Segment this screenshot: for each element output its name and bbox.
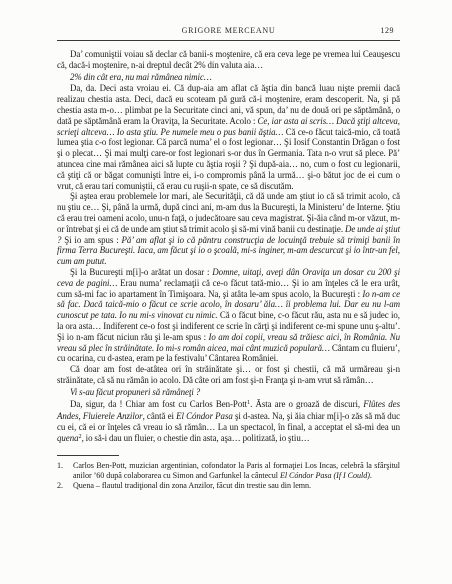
running-header-title: GRIGORE MERCEANU [57, 26, 400, 35]
text-segment: Fluierele Anzilor [83, 411, 143, 421]
text-segment: Vi s-au făcut propuneri să rămâneţi ? [70, 387, 200, 397]
paragraph-4: Şi aştea erau problemele lor mari, ale S… [57, 191, 400, 267]
text-block: GRIGORE MERCEANU 129 Da’ comuniştii voia… [57, 26, 400, 492]
footnote-text: Quena – flautul tradiţional din zona Anz… [73, 481, 311, 490]
footnote-2: 2.Quena – flautul tradiţional din zona A… [57, 481, 400, 491]
footnote-text: Carlos Ben-Pott, muzician argentinian, c… [73, 461, 400, 480]
text-segment: Da’ comuniştii voiau să declar că banii-… [57, 49, 400, 70]
body-text: Da’ comuniştii voiau să declar că banii-… [57, 49, 400, 446]
text-segment: Quena – flautul tradiţional din zona Anz… [73, 481, 311, 490]
paragraph-3: Da, da. Deci asta vroiau ei. Că dup-aia … [57, 83, 400, 191]
footnote-number: 1. [57, 461, 73, 471]
header-rule [57, 40, 400, 41]
text-segment: 2 [79, 433, 82, 440]
text-segment: , cântă ei [143, 411, 177, 421]
page-number: 129 [381, 26, 395, 35]
footnote-list: 1.Carlos Ben-Pott, muzician argentinian,… [57, 461, 400, 492]
text-segment: Şi io am spus : [61, 235, 121, 245]
text-segment: Că doar am fost de-atâtea ori în străină… [57, 364, 400, 385]
paragraph-5: Şi la Bucureşti m[i]-o arătat un dosar :… [57, 267, 400, 364]
footnote-number: 2. [57, 481, 73, 491]
text-segment: El Cóndor Pasa (If I Could) [280, 471, 370, 480]
text-segment: . Ăsta are o groază de discuri, [250, 399, 363, 409]
text-segment: . [370, 471, 372, 480]
text-segment: Şi la Bucureşti m[i]-o arătat un dosar : [70, 267, 212, 277]
text-segment: quena [57, 433, 79, 443]
footnote-1: 1.Carlos Ben-Pott, muzician argentinian,… [57, 461, 400, 482]
text-segment: 2% din cât era, nu mai rămânea nimic… [70, 72, 212, 82]
paragraph-7: Vi s-au făcut propuneri să rămâneţi ? [57, 387, 400, 398]
paragraph-8: Da, sigur, da ! Chiar am fost cu Carlos … [57, 399, 400, 446]
text-segment: 1 [247, 399, 250, 406]
text-segment: Da, sigur, da ! Chiar am fost cu Carlos … [70, 399, 247, 409]
text-segment: El Cóndor Pasa [176, 411, 233, 421]
paragraph-1: Da’ comuniştii voiau să declar că banii-… [57, 49, 400, 71]
book-page: GRIGORE MERCEANU 129 Da’ comuniştii voia… [0, 0, 452, 584]
paragraph-2: 2% din cât era, nu mai rămânea nimic… [57, 72, 400, 83]
page-header: GRIGORE MERCEANU 129 [57, 26, 400, 37]
footnotes-section: 1.Carlos Ben-Pott, muzician argentinian,… [57, 455, 400, 492]
text-segment: , io să-i dau un fluier, o chestie din a… [82, 433, 310, 443]
paragraph-6: Că doar am fost de-atâtea ori în străină… [57, 364, 400, 386]
footnote-separator [57, 455, 119, 456]
